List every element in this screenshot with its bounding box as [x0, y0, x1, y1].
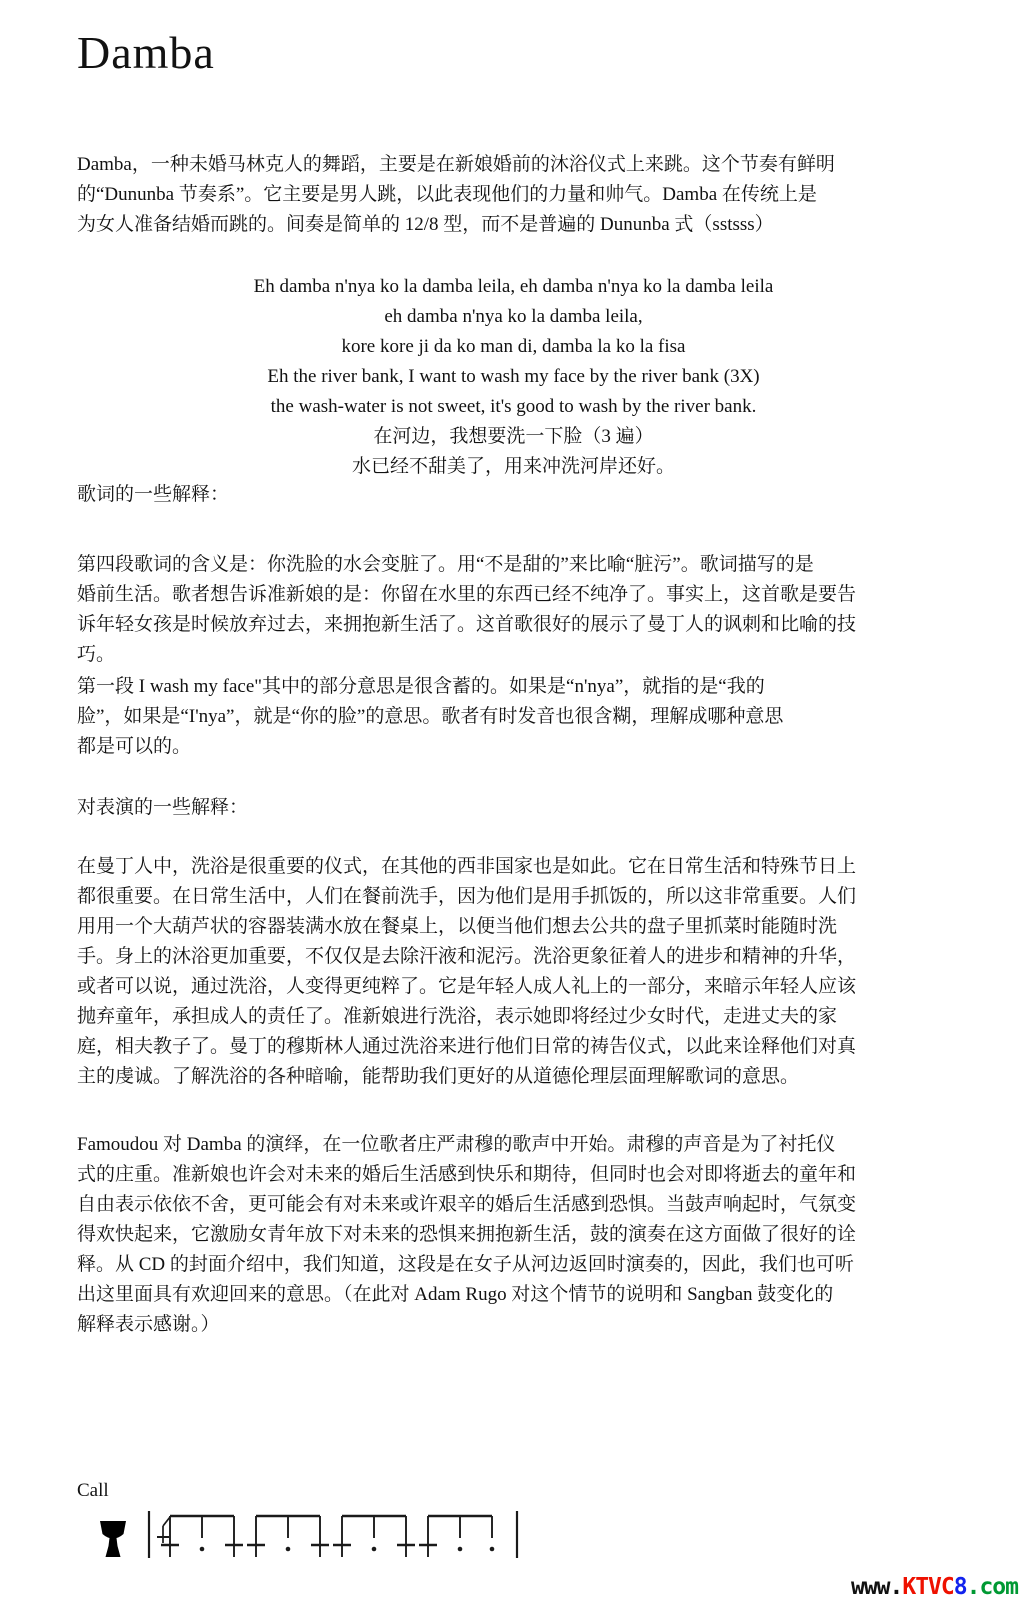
watermark-segment: KTVC — [902, 1574, 953, 1600]
lyrics-notes-verse4-paragraph: 第四段歌词的含义是：你洗脸的水会变脏了。用“不是甜的”来比喻“脏污”。歌词描写的… — [77, 550, 1012, 670]
djembe-icon — [100, 1521, 126, 1557]
document-page: Damba Damba，一种未婚马林克人的舞蹈，主要是在新娘婚前的沐浴仪式上来跳… — [0, 0, 1024, 1608]
intro-paragraph: Damba，一种未婚马林克人的舞蹈，主要是在新娘婚前的沐浴仪式上来跳。这个节奏有… — [77, 150, 1012, 240]
watermark-segment: 8 — [954, 1574, 967, 1600]
performance-notes-famoudou-paragraph: Famoudou 对 Damba 的演绎，在一位歌者庄严肃穆的歌声中开始。肃穆的… — [77, 1130, 1012, 1340]
watermark-segment: .com — [967, 1574, 1018, 1600]
call-rhythm-notation — [85, 1495, 545, 1573]
performance-notes-bathing-paragraph: 在曼丁人中，洗浴是很重要的仪式，在其他的西非国家也是如此。它在日常生活和特殊节日… — [77, 852, 1012, 1092]
notation-marks — [149, 1511, 517, 1558]
watermark-segment: www. — [851, 1574, 902, 1600]
watermark: www.KTVC8.com — [851, 1574, 1018, 1600]
page-title: Damba — [77, 26, 215, 79]
lyrics-notes-verse1-paragraph: 第一段 I wash my face"其中的部分意思是很含蓄的。如果是“n'ny… — [77, 672, 1012, 762]
lyrics-notes-heading: 歌词的一些解释： — [77, 480, 229, 510]
song-lyrics: Eh damba n'nya ko la damba leila, eh dam… — [77, 272, 950, 482]
performance-notes-heading: 对表演的一些解释： — [77, 793, 248, 823]
